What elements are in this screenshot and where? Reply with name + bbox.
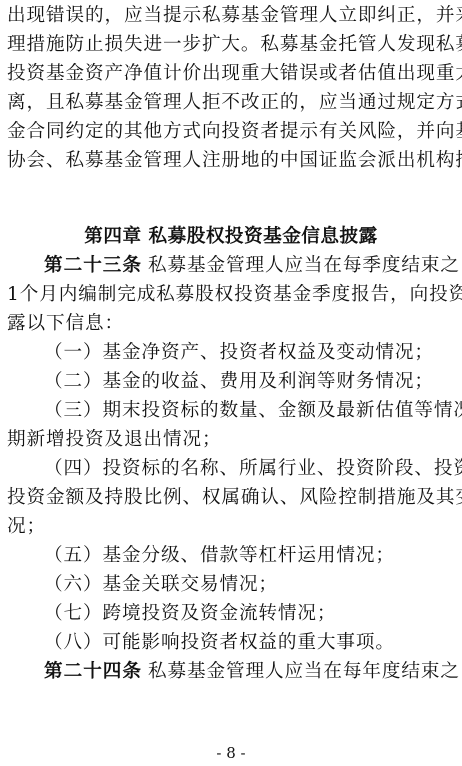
list-item-continued: 况； [7,512,455,541]
paragraph-line: 离，且私募基金管理人拒不改正的，应当通过规定方式和基 [7,88,455,117]
article-23-text: 私募基金管理人应当在每季度结束之日起 [148,255,462,276]
list-item-continued: 投资金额及持股比例、权属确认、风险控制措施及其变动情 [7,483,455,512]
article-23-label: 第二十三条 [44,255,142,276]
list-item: （一）基金净资产、投资者权益及变动情况； [44,338,455,367]
article-24-first-line: 第二十四条私募基金管理人应当在每年度结束之日起 [44,657,455,686]
paragraph-line: 理措施防止损失进一步扩大。私募基金托管人发现私募证券 [7,30,455,59]
list-item: （三）期末投资标的数量、金额及最新估值等情况，本 [44,396,455,425]
list-item: （四）投资标的名称、所属行业、投资阶段、投资路径、 [44,454,455,483]
paragraph-line: 出现错误的，应当提示私募基金管理人立即纠正，并采取合 [7,1,455,30]
paragraph-line: 1个月内编制完成私募股权投资基金季度报告，向投资者披 [7,280,455,309]
paragraph-line: 金合同约定的其他方式向投资者提示有关风险，并向基金业 [7,117,455,146]
list-item-continued: 期新增投资及退出情况； [7,425,455,454]
list-item: （五）基金分级、借款等杠杆运用情况； [44,541,455,570]
chapter-heading: 第四章 私募股权投资基金信息披露 [0,222,462,251]
paragraph-line: 投资基金资产净值计价出现重大错误或者估值出现重大偏 [7,59,455,88]
list-item: （七）跨境投资及资金流转情况； [44,599,455,628]
paragraph-line: 协会、私募基金管理人注册地的中国证监会派出机构报告。 [7,146,455,175]
page-number: - 8 - [0,744,462,762]
list-item: （二）基金的收益、费用及利润等财务情况； [44,367,455,396]
article-23-first-line: 第二十三条私募基金管理人应当在每季度结束之日起 [44,251,455,280]
paragraph-line: 露以下信息： [7,309,455,338]
list-item: （八）可能影响投资者权益的重大事项。 [44,628,455,657]
article-24-text: 私募基金管理人应当在每年度结束之日起 [148,661,462,682]
article-24-label: 第二十四条 [44,661,142,682]
list-item: （六）基金关联交易情况； [44,570,455,599]
